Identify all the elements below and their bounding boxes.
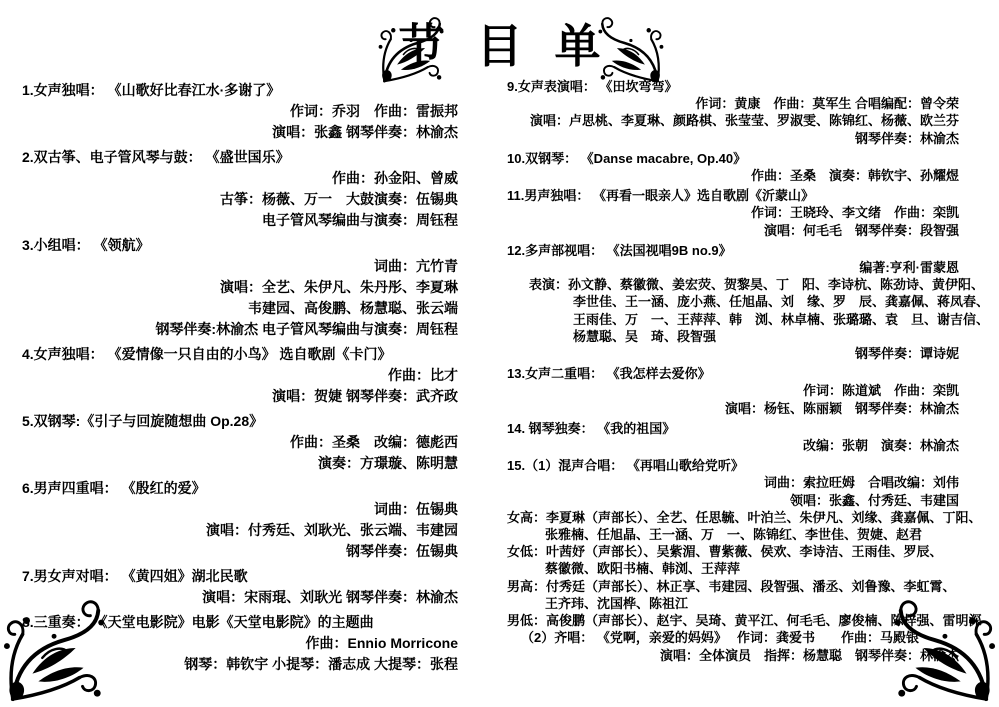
item-heading: 7.男女声对唱： 《黄四姐》湖北民歌 <box>22 566 490 587</box>
program-item-6: 6.男声四重唱： 《殷红的爱》 词曲：伍锡典 演唱：付秀廷、刘耿光、张云端、韦建… <box>22 478 490 562</box>
program-item-13: 13.女声二重唱： 《我怎样去爱你》 作词：陈道斌 作曲：栾凯 演唱：杨钰、陈丽… <box>507 365 987 417</box>
credit-line: 演唱：卢思桃、李夏琳、颜路棋、张莹莹、罗淑雯、陈锦红、杨薇、欧兰芬 <box>507 112 987 129</box>
voice-part-line-alto: 女低：叶茜妤（声部长）、吴紫湄、曹紫薇、侯欢、李诗洁、王雨佳、罗辰、 <box>507 543 987 560</box>
program-item-2: 2.双古筝、电子管风琴与鼓： 《盛世国乐》 作曲：孙金阳、曾威 古筝：杨薇、万一… <box>22 147 490 231</box>
credit-line: 韦建园、高俊鹏、杨慧聪、张云端 <box>22 298 490 319</box>
credit-line: 词曲：索拉旺姆 合唱改编：刘伟 <box>507 474 987 491</box>
program-item-9: 9.女声表演唱： 《田坎弯弯》 作词：黄康 作曲：莫军生 合唱编配：曾令荣 演唱… <box>507 78 987 147</box>
credit-line: 编著:亨利·雷蒙恩 <box>507 259 987 276</box>
program-item-5: 5.双钢琴:《引子与回旋随想曲 Op.28》 作曲：圣桑 改编：德彪西 演奏：方… <box>22 411 490 474</box>
item-heading: 1.女声独唱： 《山歌好比春江水·多谢了》 <box>22 80 490 101</box>
credit-line: 作词：黄康 作曲：莫军生 合唱编配：曾令荣 <box>507 95 987 112</box>
program-item-10: 10.双钢琴： 《Danse macabre, Op.40》 作曲：圣桑 演奏：… <box>507 150 987 184</box>
item-heading: 6.男声四重唱： 《殷红的爱》 <box>22 478 490 499</box>
program-item-4: 4.女声独唱： 《爱情像一只自由的小鸟》 选自歌剧《卡门》 作曲：比才 演唱：贺… <box>22 344 490 407</box>
credit-line: 词曲：亢竹青 <box>22 256 490 277</box>
item-heading: 4.女声独唱： 《爱情像一只自由的小鸟》 选自歌剧《卡门》 <box>22 344 490 365</box>
program-item-11: 11.男声独唱： 《再看一眼亲人》选自歌剧《沂蒙山》 作词：王晓玲、李文绪 作曲… <box>507 187 987 239</box>
item-heading: 14. 钢琴独奏： 《我的祖国》 <box>507 420 987 437</box>
credit-line: 古筝：杨薇、万一 大鼓演奏：伍锡典 <box>22 189 490 210</box>
program-item-3: 3.小组唱： 《领航》 词曲：亢竹青 演唱：全艺、朱伊凡、朱丹彤、李夏琳 韦建园… <box>22 235 490 340</box>
program-item-1: 1.女声独唱： 《山歌好比春江水·多谢了》 作词：乔羽 作曲：雷振邦 演唱：张鑫… <box>22 80 490 143</box>
item-heading: 5.双钢琴:《引子与回旋随想曲 Op.28》 <box>22 411 490 432</box>
credit-line: 词曲：伍锡典 <box>22 499 490 520</box>
credit-line: 演奏：方璟璇、陈明慧 <box>22 453 490 474</box>
credit-line: 作词：王晓玲、李文绪 作曲：栾凯 <box>507 204 987 221</box>
item-heading: 10.双钢琴： 《Danse macabre, Op.40》 <box>507 150 987 167</box>
bottom-left-flourish-icon <box>2 597 112 705</box>
credit-line: 作曲：圣桑 演奏：韩钦宇、孙耀煜 <box>507 167 987 184</box>
credit-line: 作曲：圣桑 改编：德彪西 <box>22 432 490 453</box>
bottom-right-flourish-icon <box>887 597 997 705</box>
item-heading: 11.男声独唱： 《再看一眼亲人》选自歌剧《沂蒙山》 <box>507 187 987 204</box>
performer-line: 王雨佳、万 一、王萍萍、韩 浏、林卓楠、张璐璐、袁 旦、谢吉信、 <box>507 311 987 328</box>
credit-line: 电子管风琴编曲与演奏：周钰程 <box>22 210 490 231</box>
program-item-14: 14. 钢琴独奏： 《我的祖国》 改编：张朝 演奏：林渝杰 <box>507 420 987 454</box>
credit-line: 作曲：比才 <box>22 365 490 386</box>
credit-line: 钢琴伴奏:林渝杰 电子管风琴编曲与演奏：周钰程 <box>22 319 490 340</box>
credit-line: 演唱：全艺、朱伊凡、朱丹彤、李夏琳 <box>22 277 490 298</box>
credit-line: 演唱：张鑫 钢琴伴奏：林渝杰 <box>22 122 490 143</box>
credit-line: 作词：乔羽 作曲：雷振邦 <box>22 101 490 122</box>
voice-part-line: 张雅楠、任旭晶、王一涵、万 一、陈锦红、李世佳、贺婕、赵君 <box>507 526 987 543</box>
program-left-column: 1.女声独唱： 《山歌好比春江水·多谢了》 作词：乔羽 作曲：雷振邦 演唱：张鑫… <box>22 80 490 679</box>
performer-line: 李世佳、王一涵、庞小燕、任旭晶、刘 缘、罗 辰、龚嘉佩、蒋凤春、 <box>507 293 987 310</box>
credit-line: 领唱：张鑫、付秀廷、韦建国 <box>507 492 987 509</box>
credit-line: 演唱：贺婕 钢琴伴奏：武齐政 <box>22 386 490 407</box>
credit-line: 钢琴伴奏：谭诗妮 <box>507 345 987 362</box>
performer-line: 表演：孙文静、蔡徽微、姜宏荧、贺黎昊、丁 阳、李诗杭、陈劲诗、黄伊阳、 <box>507 276 987 293</box>
credit-line: 钢琴伴奏：伍锡典 <box>22 541 490 562</box>
item-heading: 15.（1）混声合唱： 《再唱山歌给党听》 <box>507 457 987 474</box>
item-heading: 12.多声部视唱： 《法国视唱9B no.9》 <box>507 242 987 259</box>
item-heading: 2.双古筝、电子管风琴与鼓： 《盛世国乐》 <box>22 147 490 168</box>
performer-line: 杨慧聪、吴 琦、段智强 <box>507 328 987 345</box>
credit-line: 钢琴伴奏：林渝杰 <box>507 130 987 147</box>
item-heading: 9.女声表演唱： 《田坎弯弯》 <box>507 78 987 95</box>
credit-line: 作曲：孙金阳、曾威 <box>22 168 490 189</box>
voice-part-line-soprano: 女高：李夏琳（声部长）、全艺、任思毓、叶泊兰、朱伊凡、刘缘、龚嘉佩、丁阳、 <box>507 509 987 526</box>
program-title: 节目单 <box>0 10 999 76</box>
credit-line: 演唱：付秀廷、刘耿光、张云端、韦建园 <box>22 520 490 541</box>
item-heading: 3.小组唱： 《领航》 <box>22 235 490 256</box>
program-item-12: 12.多声部视唱： 《法国视唱9B no.9》 编著:亨利·雷蒙恩 表演：孙文静… <box>507 242 987 362</box>
item-heading: 13.女声二重唱： 《我怎样去爱你》 <box>507 365 987 382</box>
credit-line: 作词：陈道斌 作曲：栾凯 <box>507 382 987 399</box>
credit-line: 演唱：杨钰、陈丽颖 钢琴伴奏：林渝杰 <box>507 400 987 417</box>
voice-part-line-tenor: 男高：付秀廷（声部长）、林正享、韦建园、段智强、潘丞、刘鲁豫、李虹霄、 <box>507 578 987 595</box>
credit-line: 改编：张朝 演奏：林渝杰 <box>507 437 987 454</box>
voice-part-line: 蔡徽微、欧阳书楠、韩浏、王萍萍 <box>507 560 987 577</box>
credit-line: 演唱：何毛毛 钢琴伴奏：段智强 <box>507 222 987 239</box>
program-right-column: 9.女声表演唱： 《田坎弯弯》 作词：黄康 作曲：莫军生 合唱编配：曾令荣 演唱… <box>507 78 987 667</box>
title-right-flourish-icon <box>594 14 664 86</box>
